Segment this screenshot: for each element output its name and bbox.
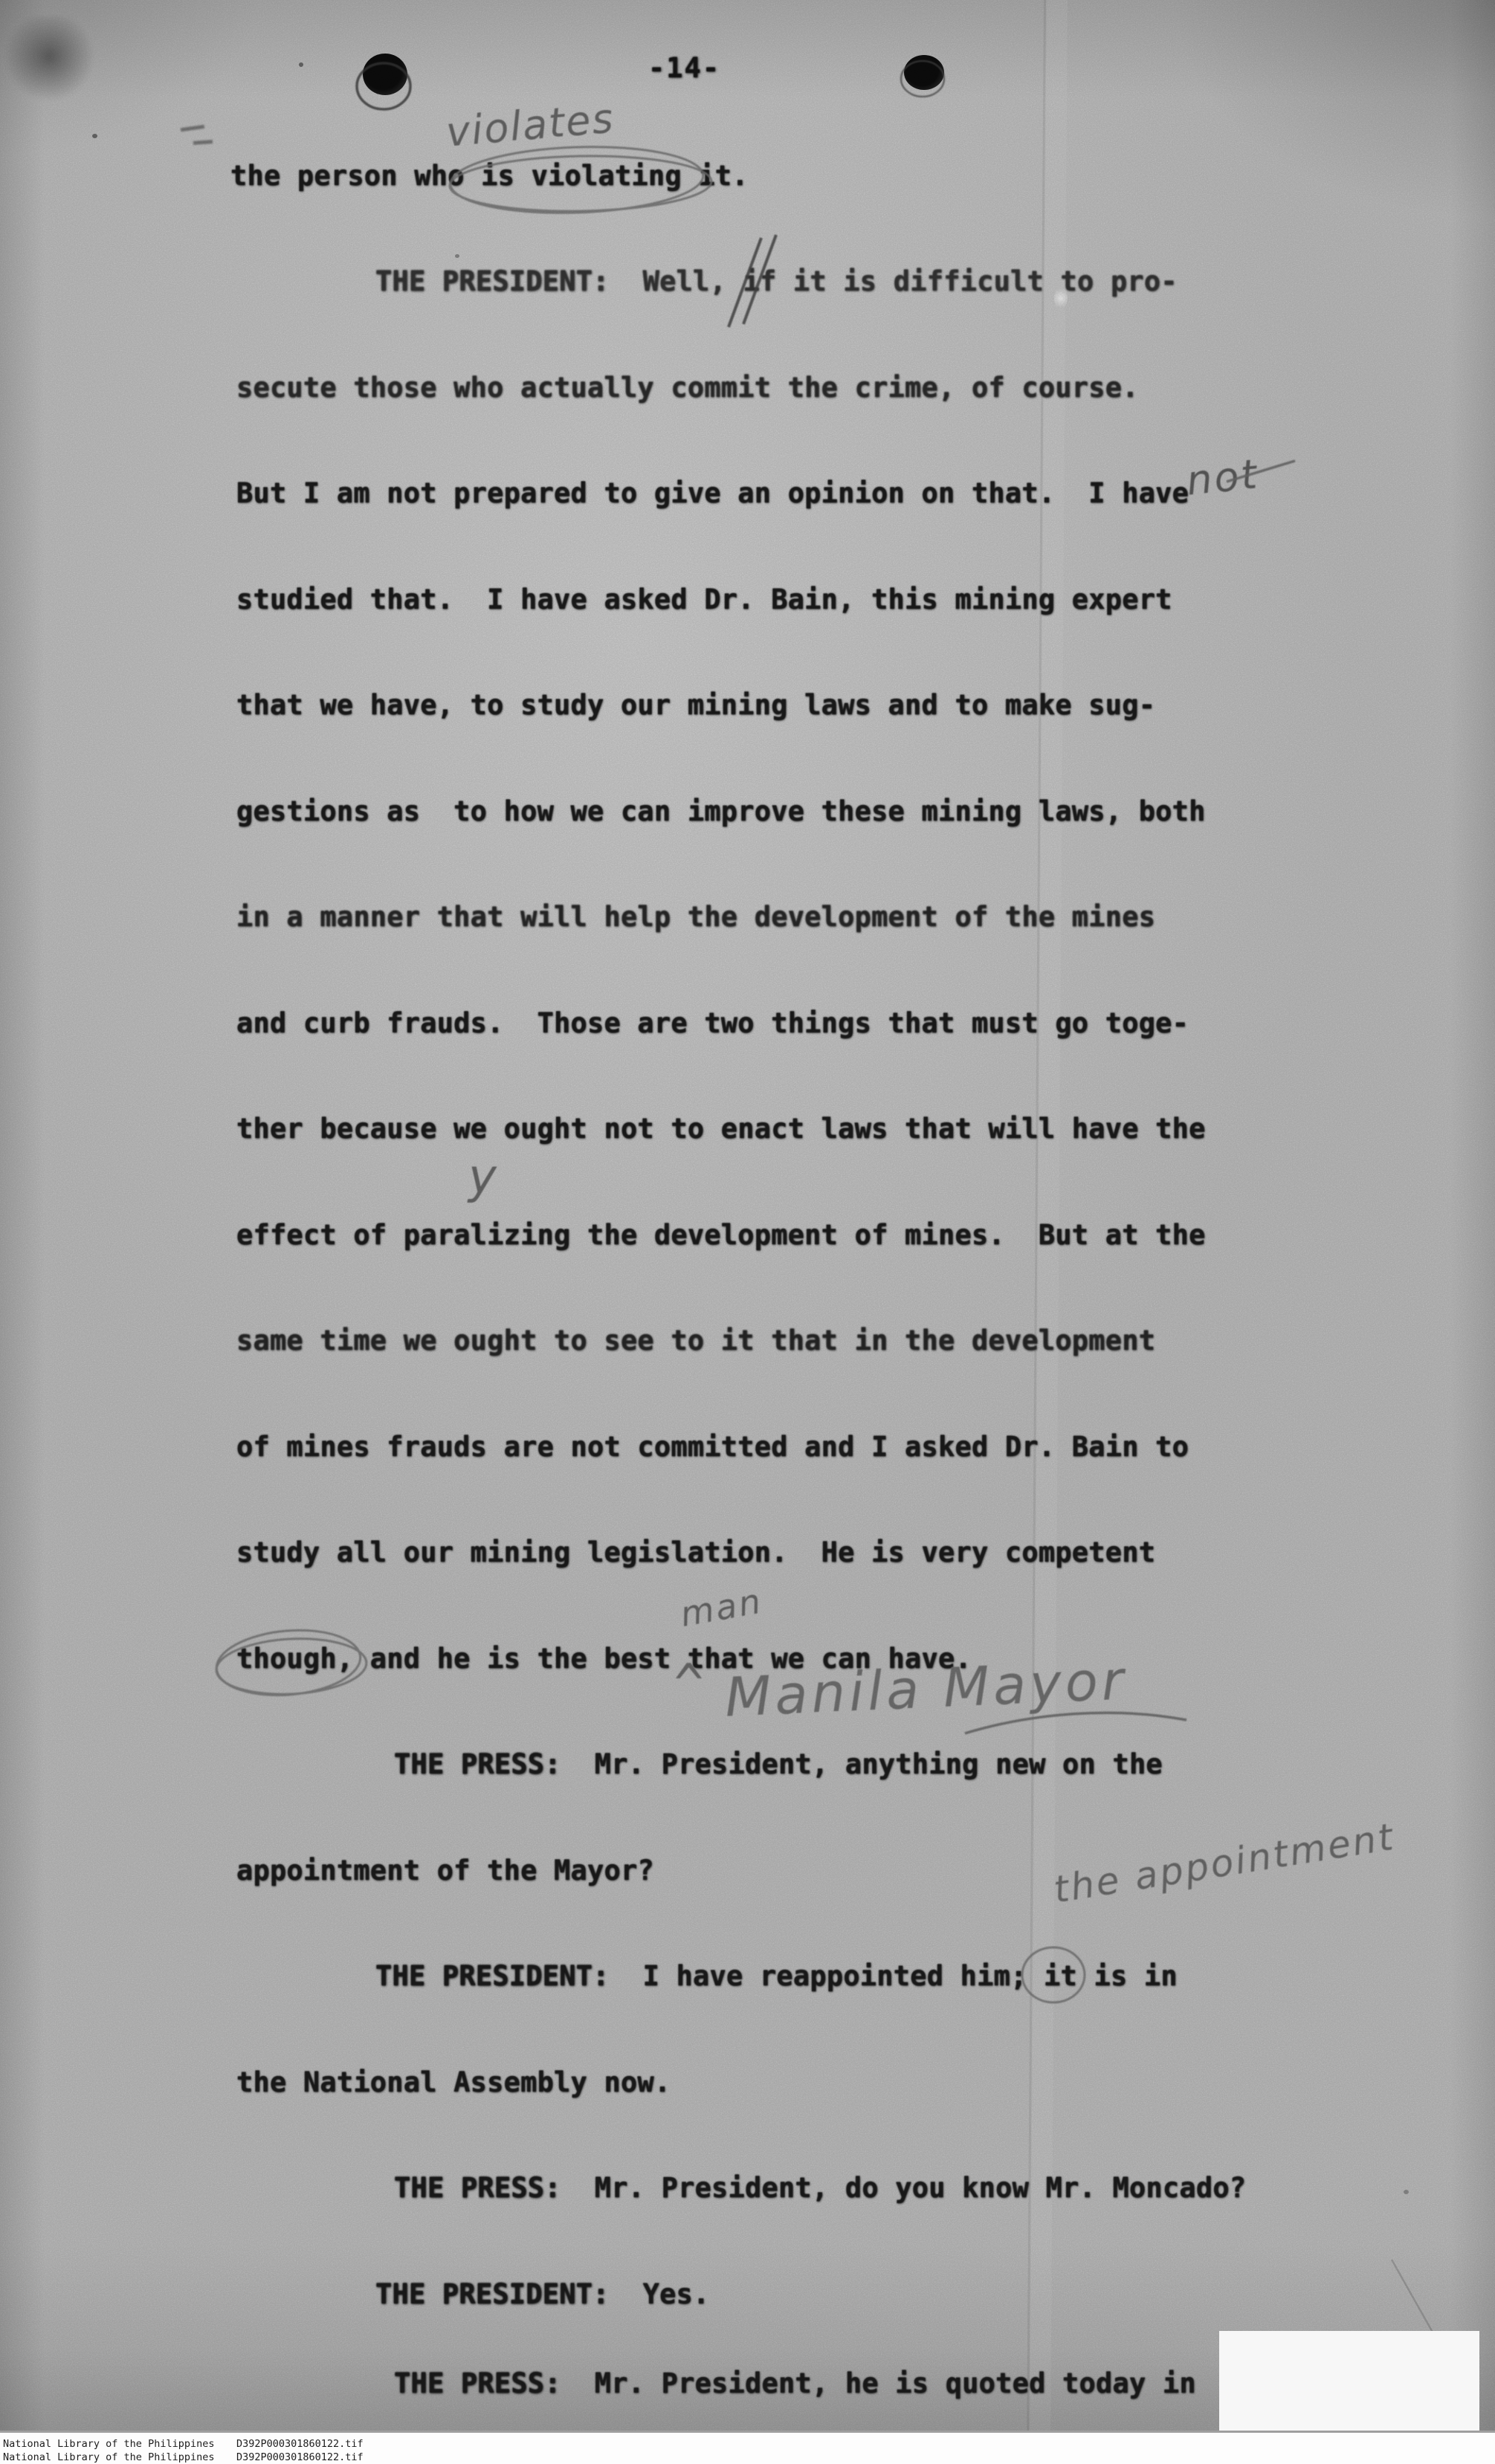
typed-line: gestions as to how we can improve these … — [236, 798, 1206, 825]
speaker-label: THE PRESS: — [394, 1748, 561, 1780]
pencil-dash — [181, 125, 204, 132]
typed-line: the person who is violating it. — [230, 162, 749, 190]
typed-line: ther because we ought not to enact laws … — [236, 1115, 1206, 1142]
footer-row: National Library of the PhilippinesD392P… — [0, 2439, 1495, 2451]
handwritten-note-the-appointment: the appointment — [1051, 1818, 1398, 1909]
handwritten-note-manila-mayor: Manila Mayor — [724, 1653, 1128, 1724]
speaker-label: THE PRESS: — [394, 2367, 561, 2399]
punch-hole-icon — [904, 55, 944, 90]
paper-speck — [1404, 2190, 1409, 2194]
paper-crease-diagonal — [1392, 2260, 1438, 2341]
typed-line: study all our mining legislation. He is … — [236, 1539, 1155, 1566]
handwritten-note-not: not — [1184, 454, 1261, 502]
handwritten-caret: ^ — [671, 1658, 706, 1714]
scanned-typescript-page: -14- the person who is violating it.THE … — [0, 0, 1495, 2464]
paper-speck — [299, 62, 303, 67]
library-footer: National Library of the PhilippinesD392P… — [0, 2431, 1495, 2464]
speaker-label: THE PRESIDENT: — [375, 2278, 610, 2310]
typed-line: THE PRESIDENT: Yes. — [375, 2280, 710, 2308]
typed-line: effect of paralizing the development of … — [236, 1221, 1206, 1249]
typed-line: of mines frauds are not committed and I … — [236, 1433, 1189, 1461]
typed-line: But I am not prepared to give an opinion… — [236, 479, 1189, 507]
typed-line: THE PRESIDENT: I have reappointed him; i… — [375, 1962, 1178, 1990]
ink-smudge — [6, 16, 103, 106]
typed-line: THE PRESS: Mr. President, do you know Mr… — [394, 2174, 1246, 2202]
typed-line: THE PRESIDENT: Well, if it is difficult … — [375, 268, 1178, 295]
handwritten-insert-y: y — [468, 1154, 497, 1201]
footer-library-name: National Library of the Philippines — [3, 2439, 214, 2450]
typed-line: secute those who actually commit the cri… — [236, 374, 1139, 401]
typed-line: same time we ought to see to it that in … — [236, 1327, 1155, 1354]
paper-speck — [92, 134, 97, 138]
typed-line: appointment of the Mayor? — [236, 1857, 654, 1884]
punch-hole-icon — [363, 54, 407, 95]
footer-filename: D392P000301860122.tif — [236, 2453, 364, 2463]
handwritten-note-violates: violates — [445, 98, 616, 153]
footer-filename: D392P000301860122.tif — [236, 2439, 364, 2450]
paper-speck — [455, 254, 459, 258]
page-number: -14- — [648, 52, 720, 84]
typed-line: that we have, to study our mining laws a… — [236, 691, 1155, 719]
footer-library-name: National Library of the Philippines — [3, 2453, 214, 2463]
speaker-label: THE PRESIDENT: — [375, 1960, 610, 1992]
typed-line: THE PRESS: Mr. President, he is quoted t… — [394, 2370, 1196, 2397]
speaker-label: THE PRESIDENT: — [375, 265, 610, 297]
typed-line: and curb frauds. Those are two things th… — [236, 1009, 1189, 1037]
scanner-white-patch — [1219, 2331, 1479, 2439]
footer-row: National Library of the PhilippinesD392P… — [0, 2453, 1495, 2464]
speaker-label: THE PRESS: — [394, 2172, 561, 2204]
handwritten-note-man: man — [678, 1584, 765, 1632]
pencil-dash — [193, 140, 213, 145]
typed-line: THE PRESS: Mr. President, anything new o… — [394, 1750, 1163, 1778]
typed-line: the National Assembly now. — [236, 2069, 671, 2096]
typed-line: in a manner that will help the developme… — [236, 903, 1155, 931]
typed-line: studied that. I have asked Dr. Bain, thi… — [236, 586, 1172, 613]
